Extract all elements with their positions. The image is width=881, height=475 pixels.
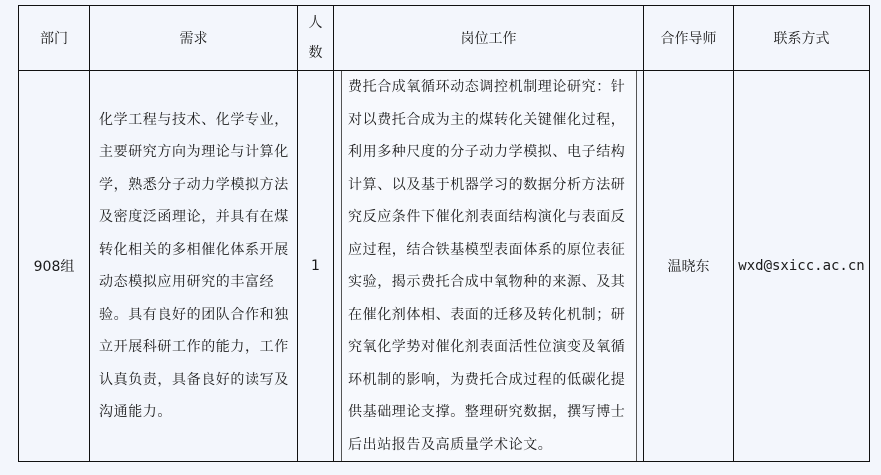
header-count-line2: 数 (298, 38, 333, 68)
header-contact: 联系方式 (734, 6, 870, 71)
cell-count: 1 (298, 71, 334, 462)
cell-dept: 908组 (19, 71, 90, 462)
cell-contact-email[interactable]: wxd@sxicc.ac.cn (734, 71, 870, 462)
requirement-text: 化学工程与技术、化学专业，主要研究方向为理论与计算化学，熟悉分子动力学模拟方法及… (90, 104, 297, 429)
table-header-row: 部门 需求 人 数 岗位工作 合作导师 联系方式 (19, 6, 870, 71)
cell-job: 费托合成氧循环动态调控机制理论研究：针对以费托合成为主的煤转化关键催化过程，利用… (334, 71, 644, 462)
header-dept: 部门 (19, 6, 90, 71)
job-description: 费托合成氧循环动态调控机制理论研究：针对以费托合成为主的煤转化关键催化过程，利用… (341, 71, 637, 461)
header-advisor: 合作导师 (644, 6, 734, 71)
cell-advisor: 温晓东 (644, 71, 734, 462)
recruitment-table: 部门 需求 人 数 岗位工作 合作导师 联系方式 908组 化学工程与技术、化学… (18, 5, 870, 462)
header-count-line1: 人 (298, 8, 333, 38)
table-row: 908组 化学工程与技术、化学专业，主要研究方向为理论与计算化学，熟悉分子动力学… (19, 71, 870, 462)
cell-requirement: 化学工程与技术、化学专业，主要研究方向为理论与计算化学，熟悉分子动力学模拟方法及… (90, 71, 298, 462)
header-requirement: 需求 (90, 6, 298, 71)
header-count: 人 数 (298, 6, 334, 71)
header-job: 岗位工作 (334, 6, 644, 71)
